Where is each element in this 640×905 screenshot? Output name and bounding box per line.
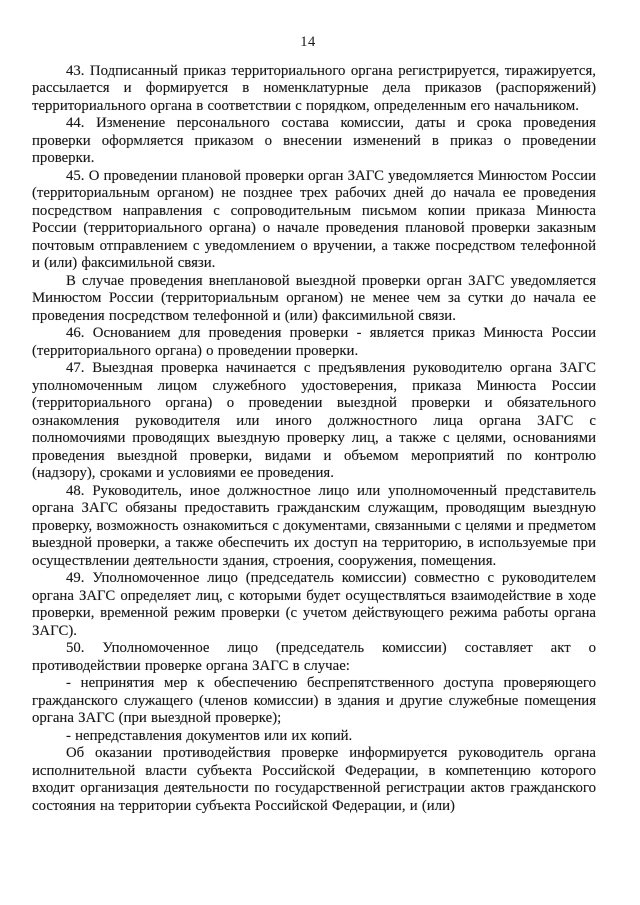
paragraph-44: 44. Изменение персонального состава коми… — [32, 115, 596, 168]
list-item-documents-denial: - непредставления документов или их копи… — [32, 728, 596, 746]
page-number: 14 — [32, 34, 584, 52]
document-page: 14 43. Подписанный приказ территориально… — [0, 0, 640, 905]
document-body: 43. Подписанный приказ территориального … — [32, 63, 596, 816]
list-item-access-denial: - непринятия мер к обеспечению беспрепят… — [32, 675, 596, 728]
paragraph-50: 50. Уполномоченное лицо (председатель ко… — [32, 640, 596, 675]
paragraph-47: 47. Выездная проверка начинается с предъ… — [32, 360, 596, 483]
paragraph-43: 43. Подписанный приказ территориального … — [32, 63, 596, 116]
paragraph-45: 45. О проведении плановой проверки орган… — [32, 168, 596, 273]
paragraph-46: 46. Основанием для проведения проверки -… — [32, 325, 596, 360]
paragraph-counteraction-notice: Об оказании противодействия проверке инф… — [32, 745, 596, 815]
paragraph-48: 48. Руководитель, иное должностное лицо … — [32, 483, 596, 571]
paragraph-45-unscheduled-check: В случае проведения внеплановой выездной… — [32, 273, 596, 326]
paragraph-49: 49. Уполномоченное лицо (председатель ко… — [32, 570, 596, 640]
